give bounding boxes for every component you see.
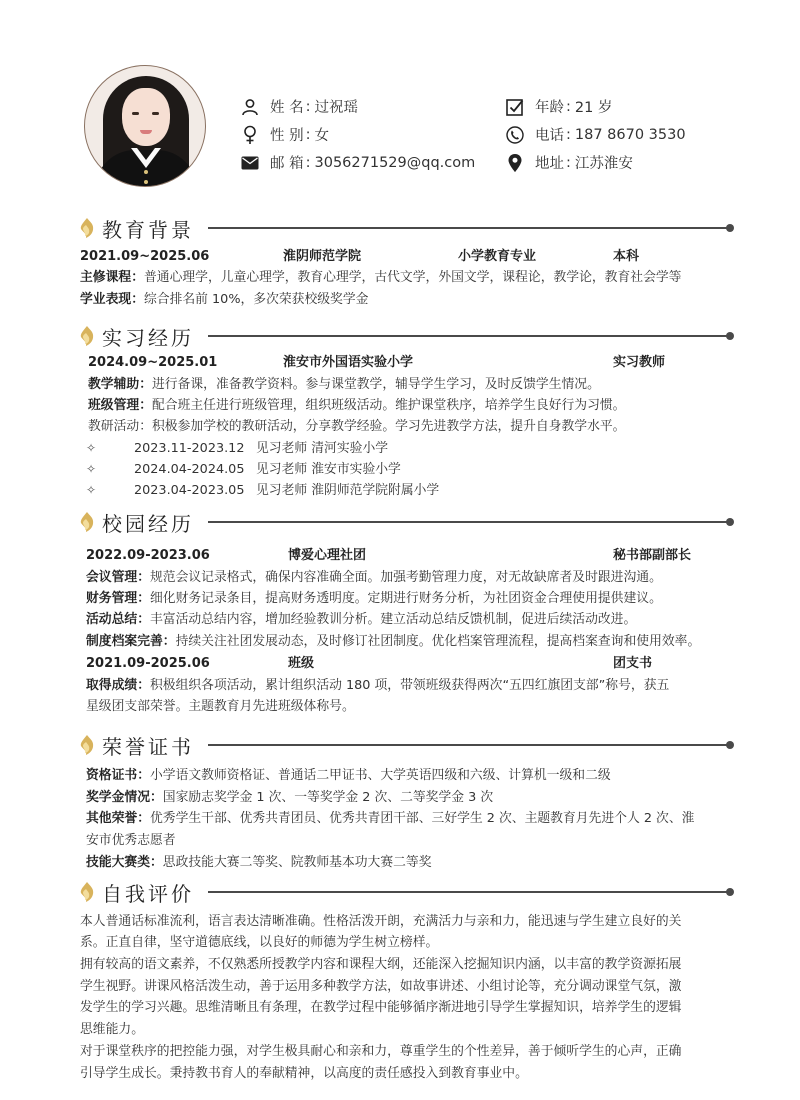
campus-date: 2022.09-2023.06 (86, 545, 210, 566)
female-icon (240, 125, 260, 145)
avatar (84, 65, 206, 187)
age-label: 年龄 (535, 96, 564, 117)
campus-role: 秘书部副部长 (613, 545, 691, 566)
self-eval-line: 系。正直自律，坚守道德底线，以良好的师德为学生树立榜样。 (80, 932, 730, 953)
address-field: 地址 : 江苏淮安 (505, 152, 633, 173)
section-honors-header: 荣誉证书 (76, 731, 731, 759)
address-value: 江苏淮安 (575, 152, 633, 173)
name-field: 姓 名 : 过祝瑶 (240, 96, 358, 117)
honor-item: 奖学金情况：国家励志奖学金 1 次、一等奖学金 2 次、二等奖学金 3 次 (86, 787, 736, 808)
gold-flame-icon (76, 510, 98, 534)
section-internship-header: 实习经历 (76, 322, 731, 350)
education-degree: 本科 (613, 246, 639, 267)
education-courses: 主修课程：普通心理学，儿童心理学，教育心理学，古代文学，外国文学，课程论，教学论… (80, 267, 730, 288)
internship-role: 实习教师 (613, 352, 665, 373)
section-divider (208, 891, 731, 893)
section-title: 自我评价 (102, 878, 194, 907)
internship-row: 2024.09~2025.01 淮安市外国语实验小学 实习教师 (88, 352, 738, 373)
campus-item: 活动总结：丰富活动总结内容，增加经验教训分析。建立活动总结反馈机制，促进后续活动… (86, 609, 736, 630)
section-divider (208, 521, 731, 523)
education-school: 淮阴师范学院 (283, 246, 361, 267)
campus-achievement-cont: 星级团支部荣誉。主题教育月先进班级体称号。 (86, 696, 736, 717)
profile-header: 姓 名 : 过祝瑶 性 别 : 女 邮 箱 : 3056271529@qq.co… (0, 0, 800, 200)
location-pin-icon (505, 153, 525, 173)
name-value: 过祝瑶 (315, 96, 359, 117)
internship-org: 淮安市外国语实验小学 (283, 352, 413, 373)
section-title: 教育背景 (102, 214, 194, 243)
education-performance: 学业表现：综合排名前 10%，多次荣获校级奖学金 (80, 289, 730, 310)
phone-field: 电话 : 187 8670 3530 (505, 124, 686, 145)
self-eval-line: 拥有较高的语文素养，不仅熟悉所授教学内容和课程大纲，还能深入挖掘知识内涵，以丰富… (80, 954, 730, 975)
honor-item: 技能大赛类：思政技能大赛二等奖、院教师基本功大赛二等奖 (86, 852, 736, 873)
name-label: 姓 名 (270, 96, 304, 117)
gender-label: 性 别 (270, 124, 304, 145)
honor-item: 资格证书：小学语文教师资格证、普通话二甲证书、大学英语四级和六级、计算机一级和二… (86, 765, 736, 786)
sparkle-icon: ✧ (86, 480, 96, 501)
sparkle-icon: ✧ (86, 459, 96, 480)
section-divider (208, 335, 731, 337)
internship-item: 教学辅助：进行备课，准备教学资料。参与课堂教学，辅导学生学习，及时反馈学生情况。 (88, 374, 738, 395)
section-education-header: 教育背景 (76, 214, 731, 242)
person-icon (240, 97, 260, 117)
campus-org: 班级 (288, 653, 314, 674)
section-self-eval-header: 自我评价 (76, 878, 731, 906)
self-eval-line: 发学生的学习兴趣。思维清晰且有条理，在教学过程中能够循序渐进地引导学生掌握知识，… (80, 997, 730, 1018)
honor-item: 其他荣誉：优秀学生干部、优秀共青团员、优秀共青团干部、三好学生 2 次、主题教育… (86, 808, 736, 829)
honor-item-cont: 安市优秀志愿者 (86, 830, 736, 851)
campus-date: 2021.09-2025.06 (86, 653, 210, 674)
email-label: 邮 箱 (270, 152, 304, 173)
section-title: 校园经历 (102, 508, 194, 537)
campus-item: 财务管理：细化财务记录条目，提高财务透明度。定期进行财务分析，为社团资金合理使用… (86, 588, 736, 609)
self-eval-line: 学生视野。讲课风格活泼生动，善于运用多种教学方法，如故事讲述、小组讨论等，充分调… (80, 976, 730, 997)
section-divider (208, 744, 731, 746)
gold-flame-icon (76, 733, 98, 757)
self-eval-line: 思维能力。 (80, 1019, 730, 1040)
campus-role: 团支书 (613, 653, 652, 674)
gold-flame-icon (76, 880, 98, 904)
campus-org: 博爱心理社团 (288, 545, 366, 566)
gold-flame-icon (76, 324, 98, 348)
phone-icon (505, 125, 525, 145)
campus-item: 会议管理：规范会议记录格式，确保内容准确全面。加强考勤管理力度，对无故缺席者及时… (86, 567, 736, 588)
campus-item: 制度档案完善：持续关注社团发展动态，及时修订社团制度。优化档案管理流程，提高档案… (86, 631, 736, 652)
gold-flame-icon (76, 216, 98, 240)
campus-achievement: 取得成绩：积极组织各项活动，累计组织活动 180 项，带领班级获得两次“五四红旗… (86, 675, 736, 696)
self-eval-line: 对于课堂秩序的把控能力强，对学生极具耐心和亲和力，尊重学生的个性差异，善于倾听学… (80, 1041, 730, 1062)
resume-page: 姓 名 : 过祝瑶 性 别 : 女 邮 箱 : 3056271529@qq.co… (0, 0, 800, 1100)
self-eval-line: 引导学生成长。秉持教书育人的奉献精神，以高度的责任感投入到教育事业中。 (80, 1063, 730, 1084)
internship-date: 2024.09~2025.01 (88, 352, 217, 373)
campus-row: 2021.09-2025.06 班级 团支书 (86, 653, 736, 674)
section-title: 实习经历 (102, 322, 194, 351)
address-label: 地址 (535, 152, 564, 173)
age-value: 21 岁 (575, 96, 613, 117)
phone-label: 电话 (535, 124, 564, 145)
envelope-icon (240, 153, 260, 173)
email-field: 邮 箱 : 3056271529@qq.com (240, 152, 475, 173)
section-divider (208, 227, 731, 229)
education-row: 2021.09~2025.06 淮阴师范学院 小学教育专业 本科 (80, 246, 730, 267)
checkbox-icon (505, 97, 525, 117)
phone-value[interactable]: 187 8670 3530 (575, 127, 686, 143)
email-value[interactable]: 3056271529@qq.com (315, 155, 476, 171)
section-campus-header: 校园经历 (76, 508, 731, 536)
age-field: 年龄 : 21 岁 (505, 96, 612, 117)
gender-field: 性 别 : 女 (240, 124, 329, 145)
internship-item: 班级管理：配合班主任进行班级管理，组织班级活动。维护课堂秩序，培养学生良好行为习… (88, 395, 738, 416)
sparkle-icon: ✧ (86, 438, 96, 459)
campus-row: 2022.09-2023.06 博爱心理社团 秘书部副部长 (86, 545, 736, 566)
education-major: 小学教育专业 (458, 246, 536, 267)
section-title: 荣誉证书 (102, 731, 194, 760)
gender-value: 女 (315, 124, 330, 145)
self-eval-line: 本人普通话标准流利，语言表达清晰准确。性格活泼开朗，充满活力与亲和力，能迅速与学… (80, 911, 730, 932)
internship-item: 教研活动：积极参加学校的教研活动，分享教学经验。学习先进教学方法，提升自身教学水… (88, 416, 738, 437)
education-date: 2021.09~2025.06 (80, 246, 209, 267)
